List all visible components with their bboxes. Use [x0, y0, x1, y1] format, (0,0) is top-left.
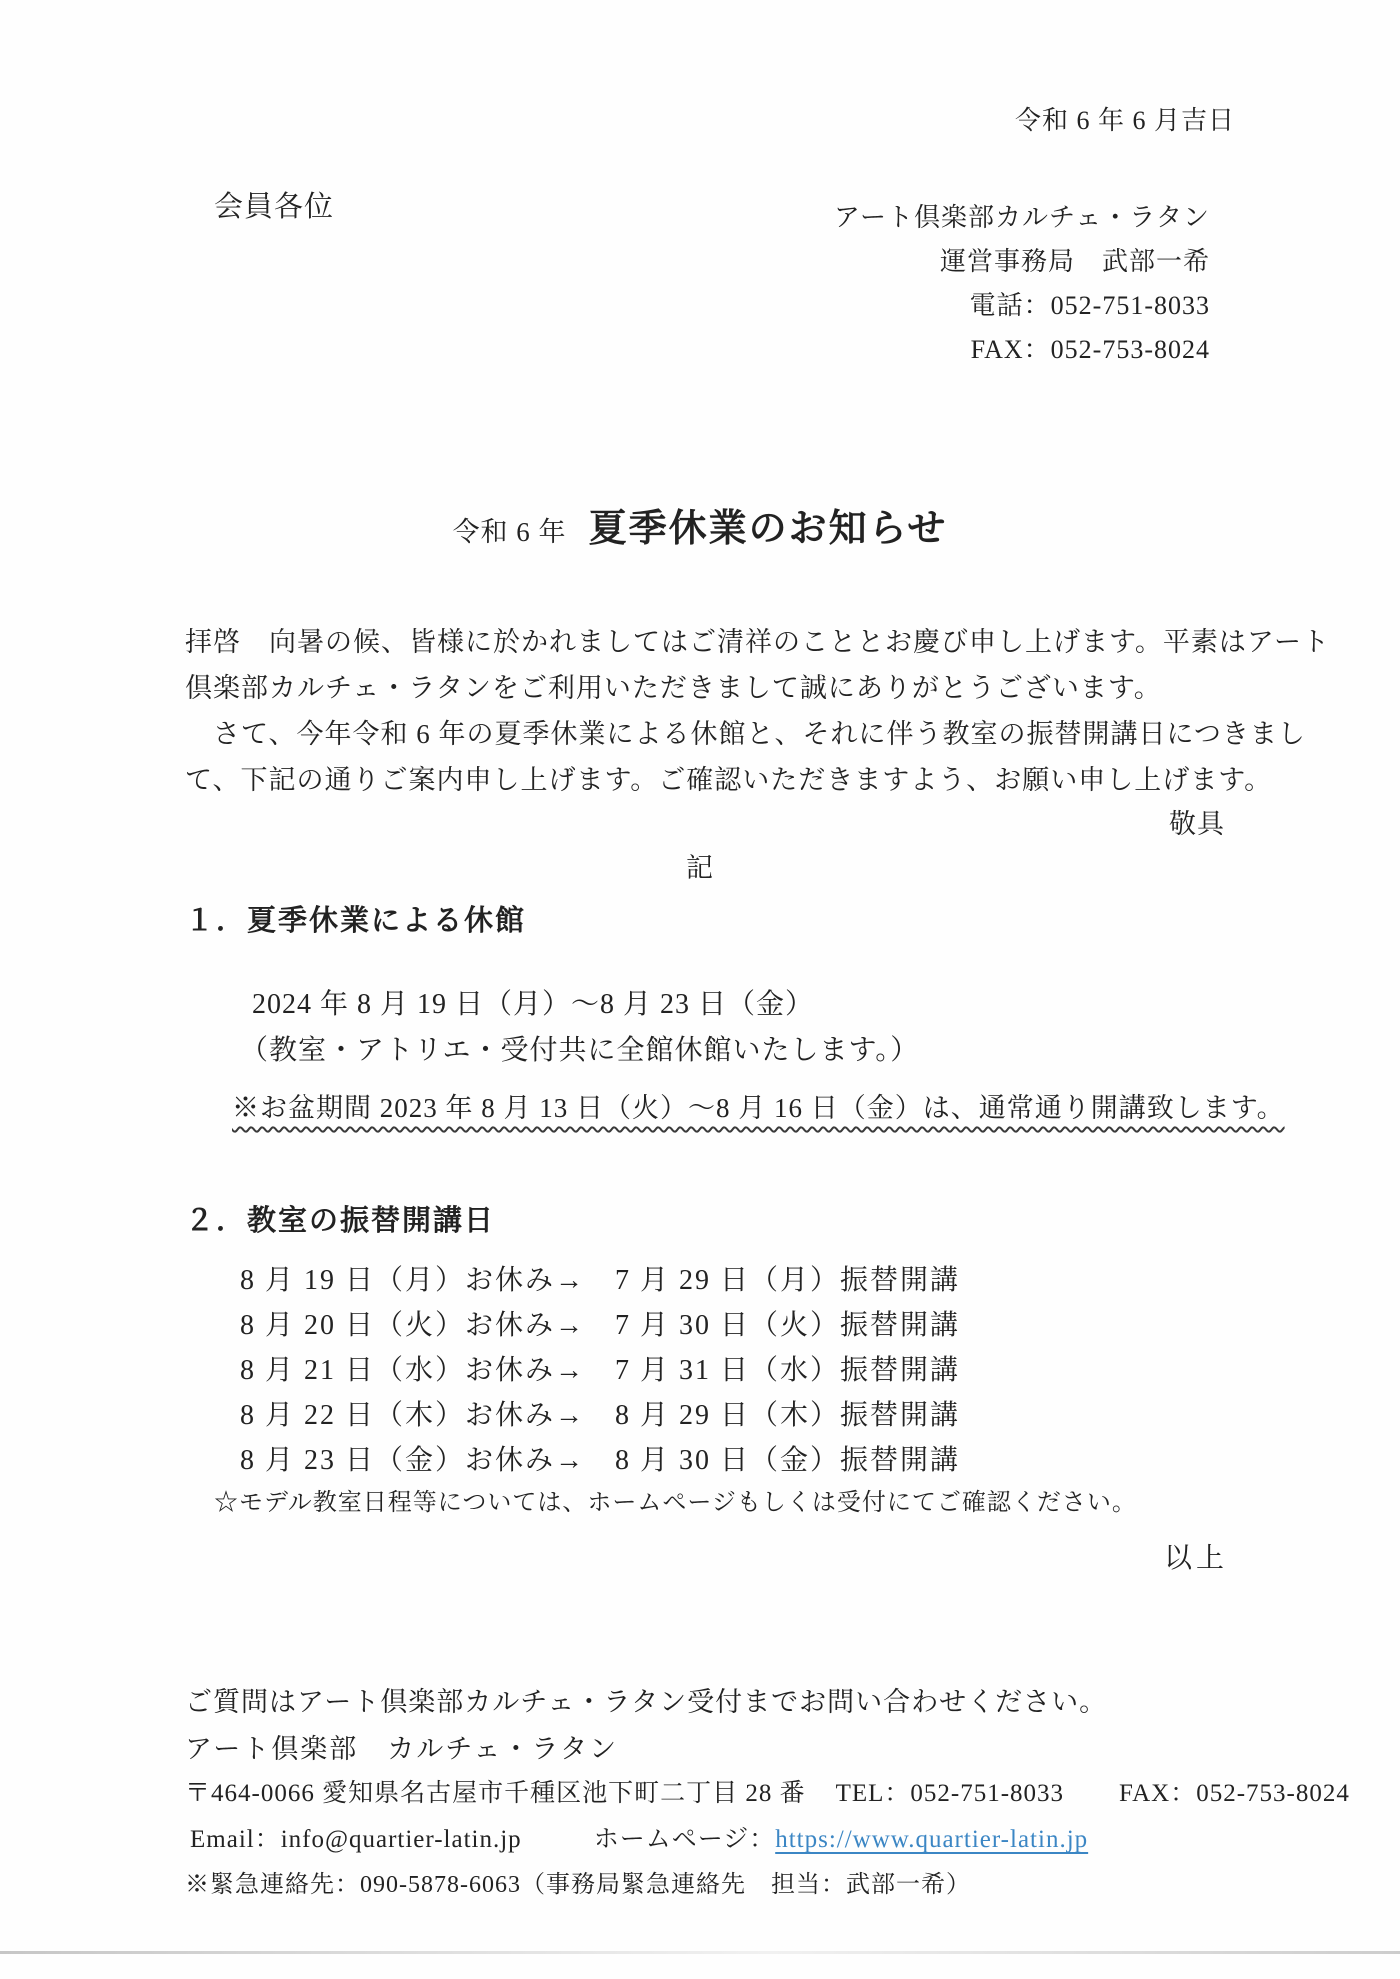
emergency-contact: ※緊急連絡先：090-5878-6063（事務局緊急連絡先 担当：武部一希） [185, 1864, 971, 1899]
schedule-row: 8 月 20 日（火）お休み→ 7 月 30 日（火）振替開講 [240, 1303, 960, 1343]
schedule-footnote: ☆モデル教室日程等については、ホームページもしくは受付にてご確認ください。 [214, 1482, 1137, 1517]
sender-fax: FAX：052-753-8024 [834, 328, 1210, 372]
homepage-label: ホームページ： [594, 1826, 776, 1853]
record-mark: 記 [0, 846, 1400, 885]
closure-scope-note: （教室・アトリエ・受付共に全館休館いたします。） [240, 1028, 919, 1068]
footer-org: アート倶楽部 カルチェ・ラタン [185, 1727, 618, 1766]
title-era: 令和 6 年 [453, 517, 567, 547]
footer-postal-address: 〒464-0066 愛知県名古屋市千種区池下町二丁目 28 番 [185, 1780, 806, 1807]
body-line-1: 拝啓 向暑の候、皆様に於かれましてはご清祥のこととお慶び申し上げます。平素はアー… [185, 620, 1330, 659]
title-main: 夏季休業のお知らせ [589, 508, 948, 550]
sender-tel: 電話：052-751-8033 [834, 284, 1210, 328]
sender-block: アート倶楽部カルチェ・ラタン 運営事務局 武部一希 電話：052-751-803… [834, 196, 1210, 372]
footer-email: Email：info@quartier-latin.jp [190, 1826, 522, 1853]
closure-period: 2024 年 8 月 19 日（月）～8 月 23 日（金） [252, 982, 814, 1022]
body-line-3: さて、今年令和 6 年の夏季休業による休館と、それに伴う教室の振替開講日につきま… [185, 712, 1306, 751]
schedule-row: 8 月 19 日（月）お休み→ 7 月 29 日（月）振替開講 [240, 1258, 960, 1298]
obon-note: ※お盆期間 2023 年 8 月 13 日（火）～8 月 16 日（金）は、通常… [232, 1086, 1285, 1125]
recipient: 会員各位 [214, 184, 334, 225]
footer-contact: ご質問はアート倶楽部カルチェ・ラタン受付までお問い合わせください。 [185, 1680, 1107, 1719]
document-page: 令和 6 年 6 月吉日 会員各位 アート倶楽部カルチェ・ラタン 運営事務局 武… [0, 0, 1400, 1979]
schedule-row: 8 月 21 日（水）お休み→ 7 月 31 日（水）振替開講 [240, 1348, 960, 1388]
section1-heading: １．夏季休業による休館 [185, 898, 526, 939]
end-mark: 以上 [1164, 1536, 1228, 1576]
closing-keigu: 敬具 [1169, 802, 1225, 841]
footer-fax: FAX：052-753-8024 [1119, 1780, 1350, 1807]
date-line: 令和 6 年 6 月吉日 [1015, 100, 1235, 137]
footer-email-line: Email：info@quartier-latin.jpホームページ：https… [190, 1819, 1088, 1855]
scan-edge-artifact [0, 1951, 1400, 1954]
sender-org: アート倶楽部カルチェ・ラタン [834, 196, 1210, 240]
schedule-row: 8 月 23 日（金）お休み→ 8 月 30 日（金）振替開講 [240, 1438, 960, 1478]
footer-address-line: 〒464-0066 愛知県名古屋市千種区池下町二丁目 28 番TEL：052-7… [185, 1773, 1350, 1809]
schedule-row: 8 月 22 日（木）お休み→ 8 月 29 日（木）振替開講 [240, 1393, 960, 1433]
body-line-2: 倶楽部カルチェ・ラタンをご利用いただきまして誠にありがとうございます。 [185, 666, 1162, 705]
section2-heading: ２．教室の振替開講日 [185, 1198, 495, 1239]
body-line-4: て、下記の通りご案内申し上げます。ご確認いただきますよう、お願い申し上げます。 [185, 758, 1272, 797]
homepage-link[interactable]: https://www.quartier-latin.jp [775, 1826, 1088, 1853]
footer-tel: TEL：052-751-8033 [836, 1780, 1064, 1807]
notice-title: 令和 6 年夏季休業のお知らせ [0, 497, 1400, 552]
sender-office: 運営事務局 武部一希 [834, 240, 1210, 284]
